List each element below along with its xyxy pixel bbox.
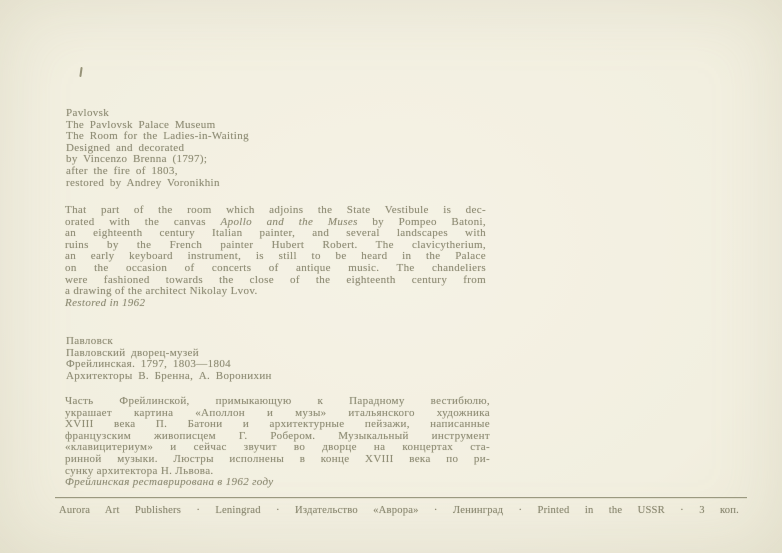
- russian-caption-block: Павловск Павловский дворец-музей Фрейлин…: [66, 336, 506, 382]
- russian-description-line: ринной музыки. Люстры исполнены в конце …: [65, 454, 490, 466]
- postcard-back: Pavlovsk The Pavlovsk Palace Museum The …: [0, 0, 782, 553]
- russian-caption-line: Архитекторы В. Бренна, А. Воронихин: [66, 371, 506, 383]
- english-restoration-note: Restored in 1962: [65, 298, 486, 310]
- english-caption-block: Pavlovsk The Pavlovsk Palace Museum The …: [66, 108, 506, 189]
- english-caption-line: after the fire of 1803,: [66, 166, 506, 178]
- russian-caption-line: Павловск: [66, 336, 506, 348]
- russian-description-line: Часть Фрейлинской, примыкающую к Парадно…: [65, 396, 490, 408]
- english-caption-line: restored by Andrey Voronikhin: [66, 178, 506, 190]
- russian-description-block: Часть Фрейлинской, примыкающую к Парадно…: [65, 396, 490, 489]
- painting-title-italic: Apollo and the Muses: [221, 216, 358, 228]
- footer-divider: [55, 497, 747, 498]
- english-description-text: by Pompeo Batoni,: [358, 216, 486, 228]
- english-description-text: orated with the canvas: [65, 216, 221, 228]
- english-caption-line: Pavlovsk: [66, 108, 506, 120]
- russian-restoration-note: Фрейлинская реставрирована в 1962 году: [65, 477, 490, 489]
- english-description-line: on the occasion of concerts of antique m…: [65, 263, 486, 275]
- imprint-line: Aurora Art Publishers · Leningrad · Изда…: [59, 504, 739, 517]
- english-description-block: That part of the room which adjoins the …: [65, 205, 486, 309]
- english-description-line: a drawing of the architect Nikolay Lvov.: [65, 286, 486, 298]
- ink-speck-mark: [79, 67, 82, 77]
